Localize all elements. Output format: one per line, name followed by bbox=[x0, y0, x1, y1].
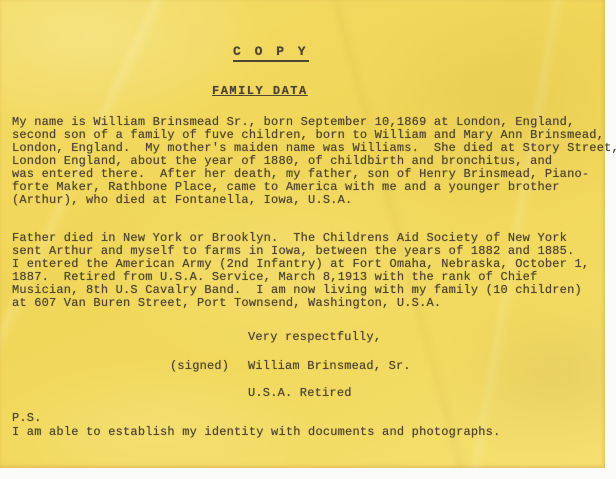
body-line: at 607 Van Buren Street, Port Townsend, … bbox=[12, 297, 589, 310]
paragraph-life-history: Father died in New York or Brooklyn. The… bbox=[12, 232, 589, 310]
signature-name: William Brinsmead, Sr. bbox=[248, 359, 411, 373]
postscript: P.S. I am able to establish my identity … bbox=[12, 411, 500, 439]
scanned-document: C O P Y FAMILY DATA My name is William B… bbox=[0, 0, 616, 479]
postscript-label: P.S. bbox=[12, 411, 500, 425]
copy-stamp: C O P Y bbox=[233, 44, 309, 62]
body-line: (Arthur), who died at Fontanella, Iowa, … bbox=[12, 194, 616, 207]
paper-sheet: C O P Y FAMILY DATA My name is William B… bbox=[0, 0, 605, 468]
postscript-text: I am able to establish my identity with … bbox=[12, 425, 500, 439]
paragraph-family-origin: My name is William Brinsmead Sr., born S… bbox=[12, 116, 616, 207]
closing-salutation: Very respectfully, bbox=[248, 330, 381, 344]
document-title: FAMILY DATA bbox=[212, 84, 308, 98]
signed-label: (signed) bbox=[170, 359, 229, 373]
signature-title: U.S.A. Retired bbox=[248, 386, 352, 400]
